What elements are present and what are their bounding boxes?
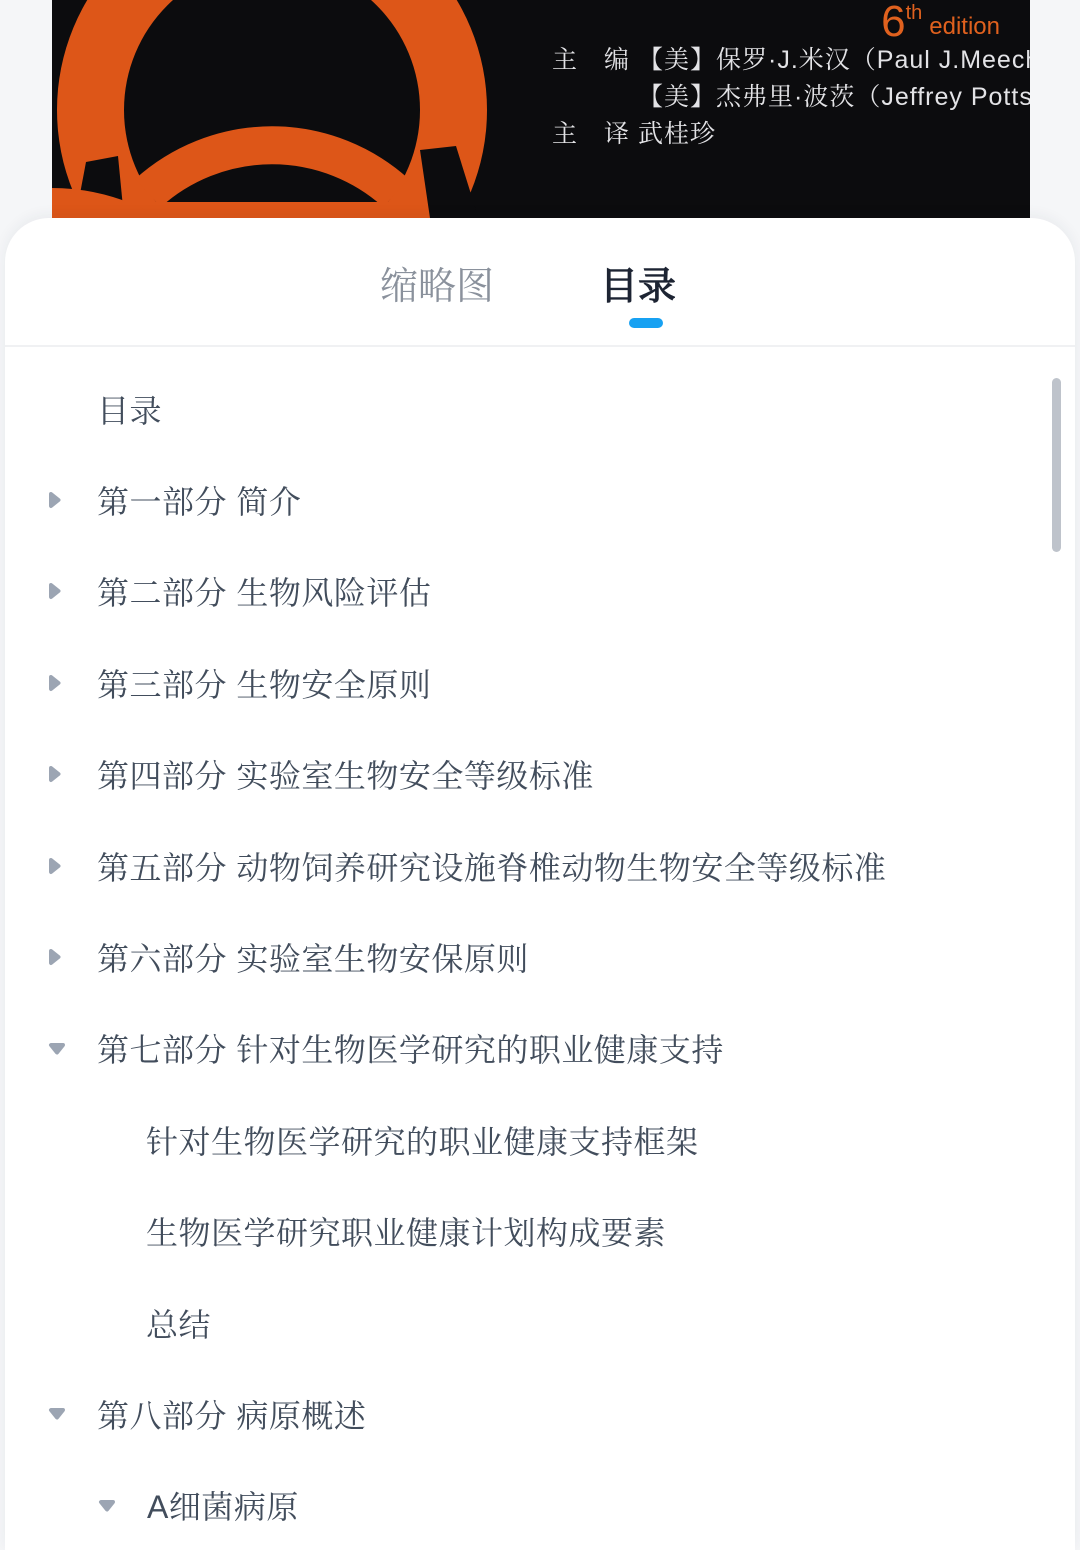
credit-line: 【美】杰弗里·波茨（Jeffrey Potts） [552, 79, 1030, 116]
scrollbar[interactable] [1052, 378, 1061, 552]
toc-item[interactable]: 生物医学研究职业健康计划构成要素 [5, 1186, 1075, 1277]
edition-badge: 6 th edition [881, 0, 1000, 44]
expand-arrow-icon[interactable] [47, 1406, 97, 1421]
collapse-arrow-icon[interactable] [47, 581, 97, 601]
collapse-arrow-icon[interactable] [47, 947, 97, 967]
toc-item[interactable]: 第三部分 生物安全原则 [5, 637, 1075, 728]
toc-item[interactable]: 第二部分 生物风险评估 [5, 546, 1075, 637]
toc-item-label: 第三部分 生物安全原则 [97, 660, 431, 706]
toc-item-label: 第五部分 动物饲养研究设施脊椎动物生物安全等级标准 [97, 843, 886, 889]
expand-arrow-icon[interactable] [97, 1498, 147, 1513]
collapse-arrow-icon[interactable] [47, 673, 97, 693]
expand-arrow-icon[interactable] [47, 1041, 97, 1056]
toc-item[interactable]: 针对生物医学研究的职业健康支持框架 [5, 1094, 1075, 1185]
toc-item[interactable]: 总结 [5, 1277, 1075, 1368]
tab-bar: 缩略图 目录 [5, 218, 1075, 345]
credit-line: 主 编【美】保罗·J.米汉（Paul J.Meechan） [552, 42, 1030, 79]
toc-item[interactable]: 第八部分 病原概述 [5, 1368, 1075, 1459]
toc-item[interactable]: 第七部分 针对生物医学研究的职业健康支持 [5, 1003, 1075, 1094]
edition-superscript: th [906, 0, 923, 23]
toc-item-label: 总结 [146, 1300, 211, 1346]
toc-item[interactable]: 目录 [5, 363, 1075, 454]
toc-item-label: A细菌病原 [147, 1482, 299, 1528]
toc-item[interactable]: 第五部分 动物饲养研究设施脊椎动物生物安全等级标准 [5, 820, 1075, 911]
credit-text: 【美】杰弗里·波茨（Jeffrey Potts） [638, 83, 1030, 111]
edition-number: 6 [881, 0, 905, 44]
credit-text: 武桂珍 [638, 120, 716, 148]
toc-item-label: 第一部分 简介 [97, 477, 301, 523]
tab-toc[interactable]: 目录 [600, 255, 676, 310]
cover-credits: 主 编【美】保罗·J.米汉（Paul J.Meechan） 【美】杰弗里·波茨（… [552, 42, 1030, 153]
toc-item-label: 生物医学研究职业健康计划构成要素 [146, 1208, 666, 1254]
active-tab-indicator [629, 318, 663, 328]
toc-list: 目录第一部分 简介第二部分 生物风险评估第三部分 生物安全原则第四部分 实验室生… [5, 347, 1075, 1550]
toc-item[interactable]: A细菌病原 [5, 1460, 1075, 1550]
collapse-arrow-icon[interactable] [47, 856, 97, 876]
credit-label: 主 编 [552, 42, 638, 79]
toc-item-label: 针对生物医学研究的职业健康支持框架 [146, 1117, 699, 1163]
toc-item-label: 第四部分 实验室生物安全等级标准 [97, 751, 594, 797]
toc-panel: 缩略图 目录 目录第一部分 简介第二部分 生物风险评估第三部分 生物安全原则第四… [5, 218, 1075, 1550]
toc-item[interactable]: 第一部分 简介 [5, 454, 1075, 545]
toc-item-label: 第八部分 病原概述 [97, 1391, 366, 1437]
toc-item[interactable]: 第四部分 实验室生物安全等级标准 [5, 729, 1075, 820]
toc-item[interactable]: 第六部分 实验室生物安保原则 [5, 911, 1075, 1002]
toc-item-label: 第六部分 实验室生物安保原则 [97, 934, 529, 980]
toc-item-label: 目录 [97, 386, 162, 432]
toc-item-label: 第七部分 针对生物医学研究的职业健康支持 [97, 1025, 724, 1071]
credit-line: 主 译武桂珍 [552, 116, 1030, 153]
collapse-arrow-icon[interactable] [47, 764, 97, 784]
toc-item-label: 第二部分 生物风险评估 [97, 568, 431, 614]
credit-text: 【美】保罗·J.米汉（Paul J.Meechan） [638, 46, 1030, 74]
tab-thumbnails[interactable]: 缩略图 [380, 255, 494, 310]
collapse-arrow-icon[interactable] [47, 490, 97, 510]
edition-word: edition [929, 15, 1000, 39]
credit-label: 主 译 [552, 116, 638, 153]
